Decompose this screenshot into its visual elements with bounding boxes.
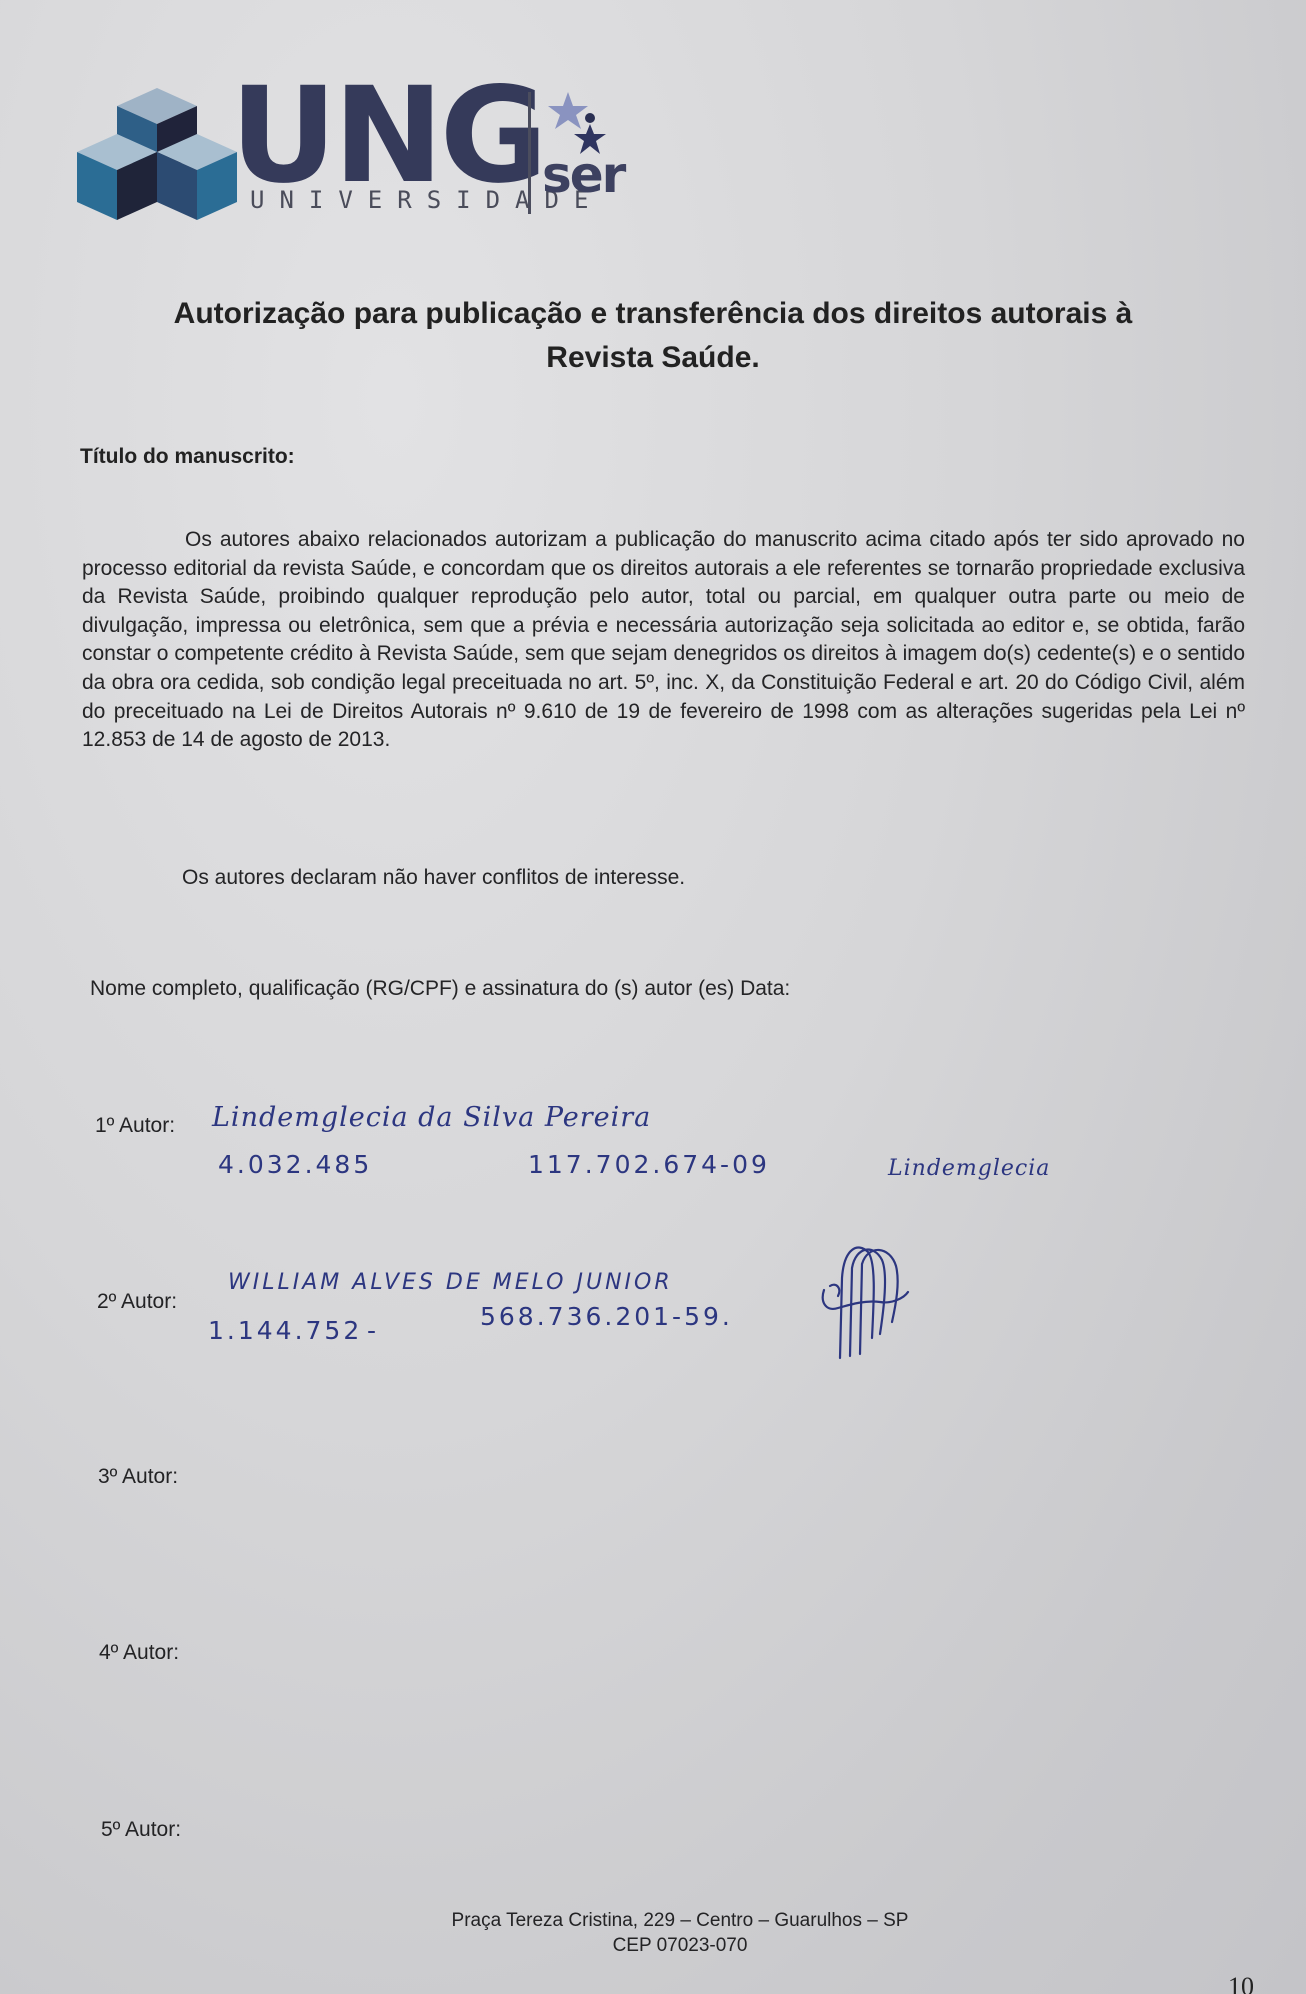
paragraph-text: Os autores abaixo relacionados autorizam… <box>82 528 1245 751</box>
brand-name: UNG <box>230 70 544 202</box>
author-2-rg: 1.144.752 <box>208 1316 362 1345</box>
partner-name: ser <box>542 150 624 200</box>
author-1-name: Lindemglecia da Silva Pereira <box>212 1102 651 1133</box>
author-1-signature: Lindemglecia <box>888 1156 1050 1181</box>
title-line-2: Revista Saúde. <box>60 336 1246 380</box>
author-3-label: 3º Autor: <box>98 1465 178 1489</box>
manuscript-title-label: Título do manuscrito: <box>80 445 295 469</box>
author-2-cpf: 568.736.201-59. <box>480 1302 733 1331</box>
logo-divider <box>528 92 531 214</box>
conflict-declaration: Os autores declaram não haver conflitos … <box>182 866 685 890</box>
author-2-separator: - <box>367 1316 379 1345</box>
footer-address-block: Praça Tereza Cristina, 229 – Centro – Gu… <box>380 1908 980 1958</box>
document-title: Autorização para publicação e transferên… <box>60 292 1246 380</box>
author-1-label: 1º Autor: <box>95 1114 175 1138</box>
author-2-signature-scribble <box>818 1238 918 1364</box>
author-1-cpf: 117.702.674-09 <box>528 1150 770 1179</box>
author-2-label: 2º Autor: <box>97 1290 177 1314</box>
authors-instructions: Nome completo, qualificação (RG/CPF) e a… <box>90 977 790 1001</box>
author-1-rg: 4.032.485 <box>218 1150 372 1179</box>
author-2-name: WILLIAM ALVES DE MELO JUNIOR <box>228 1270 673 1295</box>
footer-address: Praça Tereza Cristina, 229 – Centro – Gu… <box>380 1908 980 1933</box>
footer-cep: CEP 07023-070 <box>380 1933 980 1958</box>
authorization-paragraph: Os autores abaixo relacionados autorizam… <box>82 526 1245 755</box>
page-number: 10 <box>1228 1972 1254 1994</box>
author-5-label: 5º Autor: <box>101 1818 181 1842</box>
title-line-1: Autorização para publicação e transferên… <box>60 292 1246 336</box>
author-4-label: 4º Autor: <box>99 1641 179 1665</box>
